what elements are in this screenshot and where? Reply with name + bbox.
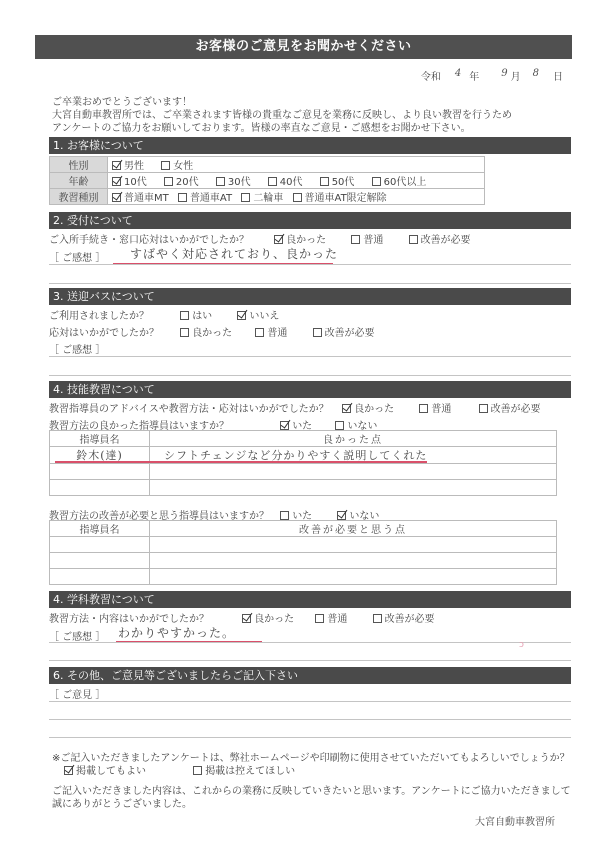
reception-question-row: ご入所手続き・窓口応対はいかがでしたか？ 良かった 普通 改善が必要 [49, 231, 485, 246]
bus-usage-question: ご利用されましたか？ [49, 307, 177, 322]
good-instructor-table: 指導員名 良かった点 鈴木(達) シフトチェンジなど分かりやすく説明してくれた [49, 430, 557, 496]
option-label: 女性 [173, 161, 193, 172]
bus-yes-option[interactable]: はい [180, 307, 212, 322]
gender-female-option[interactable]: 女性 [161, 157, 193, 172]
course-type-label: 教習種別 [50, 189, 108, 205]
age-50s-option[interactable]: 50代 [320, 173, 355, 188]
lecture-good-option[interactable]: 良かった [242, 610, 294, 625]
option-label: 改善が必要 [385, 614, 435, 625]
month-value[interactable]: 9 [501, 68, 507, 83]
age-30s-option[interactable]: 30代 [216, 173, 251, 188]
checkbox-checked-icon[interactable] [280, 421, 289, 430]
option-label: 普通 [267, 328, 287, 339]
lecture-comment-label: ［ ご感想 ］ [49, 628, 105, 643]
day-value[interactable]: 8 [533, 68, 539, 83]
option-label: 良かった [192, 328, 232, 339]
age-20s-option[interactable]: 20代 [164, 173, 199, 188]
thanks-text: ご記入いただきました内容は、これからの業務に反映していきたいと思います。アンケー… [52, 785, 571, 811]
comment-line [49, 701, 571, 702]
instructor-rating-question: 教習指導員のアドバイスや教習方法・応対はいかがでしたか？ [49, 400, 339, 415]
checkbox-icon[interactable] [268, 177, 277, 186]
instructor-improve-option[interactable]: 改善が必要 [479, 400, 541, 415]
bus-usage-question-row: ご利用されましたか？ はい いいえ [49, 307, 293, 322]
bus-service-question: 応対はいかがでしたか？ [49, 324, 177, 339]
instructor-name-cell[interactable] [50, 464, 150, 480]
reception-question: ご入所手続き・窓口応対はいかがでしたか？ [49, 231, 271, 246]
improve-point-cell[interactable] [150, 537, 557, 553]
instructor-name-header: 指導員名 [50, 521, 150, 537]
checkbox-icon[interactable] [178, 193, 187, 202]
table-row [50, 480, 557, 496]
option-label: 40代 [280, 177, 303, 188]
section-5-header: 4. 学科教習について [49, 591, 571, 608]
checkbox-icon[interactable] [373, 614, 382, 623]
checkbox-checked-icon[interactable] [274, 235, 283, 244]
checkbox-icon[interactable] [241, 193, 250, 202]
checkbox-checked-icon[interactable] [112, 177, 121, 186]
age-60s-plus-option[interactable]: 60代以上 [372, 173, 427, 188]
option-label: 掲載してもよい [76, 766, 146, 777]
age-row: 年齢 10代 20代 30代 40代 50代 60代以上 [50, 173, 485, 189]
improve-point-cell[interactable] [150, 569, 557, 585]
age-10s-option[interactable]: 10代 [112, 173, 147, 188]
gender-label: 性別 [50, 157, 108, 173]
option-label: 男性 [124, 161, 144, 172]
course-at-option[interactable]: 普通車AT [178, 189, 232, 204]
consent-deny-option[interactable]: 掲載は控えてほしい [193, 765, 295, 778]
option-label: 普通 [431, 404, 451, 415]
course-at-limit-release-option[interactable]: 普通車AT限定解除 [293, 189, 387, 204]
checkbox-checked-icon[interactable] [237, 311, 246, 320]
gender-options: 男性 女性 [108, 157, 485, 173]
comment-line [49, 375, 571, 376]
good-point-cell[interactable] [150, 464, 557, 480]
instructor-good-option[interactable]: 良かった [342, 400, 394, 415]
gender-male-option[interactable]: 男性 [112, 157, 144, 172]
checkbox-icon[interactable] [193, 766, 202, 775]
option-label: はい [192, 311, 212, 322]
lecture-question: 教習方法・内容はいかがでしたか？ [49, 610, 239, 625]
improve-instructor-table: 指導員名 改善が必要と思う点 [49, 520, 557, 585]
reception-comment-text[interactable]: すばやく対応されており、良かった [130, 245, 338, 262]
reception-normal-option[interactable]: 普通 [351, 231, 383, 246]
checkbox-icon[interactable] [164, 177, 173, 186]
good-point-cell[interactable] [150, 480, 557, 496]
consent-options: 掲載してもよい 掲載は控えてほしい [64, 765, 309, 778]
checkbox-icon[interactable] [372, 177, 381, 186]
customer-info-table: 性別 男性 女性 年齢 10代 20代 30代 40代 50代 60代以上 教習… [49, 156, 485, 205]
consent-allow-option[interactable]: 掲載してもよい [64, 765, 146, 778]
bus-normal-option[interactable]: 普通 [255, 324, 287, 339]
intro-line-3: アンケートのご協力をお願いしております。皆様の率直なご意見・ご感想をお聞かせ下さ… [52, 122, 512, 135]
intro-text: ご卒業おめでとうございます！ 大宮自動車教習所では、ご卒業されます皆様の貴重なご… [52, 96, 512, 135]
comment-line [49, 283, 571, 284]
red-underline [55, 461, 427, 463]
checkbox-icon[interactable] [293, 193, 302, 202]
age-options: 10代 20代 30代 40代 50代 60代以上 [108, 173, 485, 189]
checkbox-icon[interactable] [351, 235, 360, 244]
checkbox-icon[interactable] [335, 421, 344, 430]
bus-service-question-row: 応対はいかがでしたか？ 良かった 普通 改善が必要 [49, 324, 389, 339]
option-label: 普通車AT限定解除 [305, 193, 387, 204]
checkbox-checked-icon[interactable] [242, 614, 251, 623]
instructor-normal-option[interactable]: 普通 [419, 400, 451, 415]
option-label: 20代 [176, 177, 199, 188]
checkbox-icon[interactable] [313, 328, 322, 337]
course-mt-option[interactable]: 普通車MT [112, 189, 169, 204]
section-3-header: 3. 送迎バスについて [49, 288, 571, 305]
improve-point-header: 改善が必要と思う点 [150, 521, 557, 537]
option-label: 改善が必要 [491, 404, 541, 415]
checkbox-icon[interactable] [479, 404, 488, 413]
checkbox-icon[interactable] [315, 614, 324, 623]
checkbox-checked-icon[interactable] [112, 193, 121, 202]
reception-comment-label: ［ ご感想 ］ [49, 249, 105, 264]
lecture-improve-option[interactable]: 改善が必要 [373, 610, 435, 625]
course-type-row: 教習種別 普通車MT 普通車AT 二輪車 普通車AT限定解除 [50, 189, 485, 205]
thanks-line-2: 誠にありがとうございました。 [52, 798, 571, 811]
checkbox-icon[interactable] [320, 177, 329, 186]
option-label: 改善が必要 [421, 235, 471, 246]
checkbox-icon[interactable] [216, 177, 225, 186]
option-label: 普通車AT [190, 193, 232, 204]
day-label: 日 [553, 68, 563, 83]
option-label: 普通車MT [124, 193, 169, 204]
comment-line [49, 737, 571, 738]
bus-comment-label: ［ ご感想 ］ [49, 341, 105, 356]
age-40s-option[interactable]: 40代 [268, 173, 303, 188]
table-row [50, 553, 557, 569]
lecture-comment-text[interactable]: わかりやすかった。 [118, 624, 235, 641]
checkbox-checked-icon[interactable] [64, 766, 73, 775]
year-value[interactable]: 4 [455, 68, 461, 83]
table-row [50, 464, 557, 480]
school-name: 大宮自動車教習所 [475, 813, 555, 828]
section-6-header: 6. その他、ご意見等ございましたらご記入下さい [49, 667, 571, 684]
intro-line-1: ご卒業おめでとうございます！ [52, 96, 512, 109]
good-point-header: 良かった点 [150, 431, 557, 447]
form-title: お客様のご意見をお聞かせください [35, 35, 572, 59]
instructor-name-header: 指導員名 [50, 431, 150, 447]
improve-point-cell[interactable] [150, 553, 557, 569]
thanks-line-1: ご記入いただきました内容は、これからの業務に反映していきたいと思います。アンケー… [52, 785, 571, 798]
instructor-name-cell[interactable] [50, 553, 150, 569]
comment-line [49, 356, 571, 357]
gender-row: 性別 男性 女性 [50, 157, 485, 173]
option-label: 良かった [354, 404, 394, 415]
section-4-header: 4. 技能教習について [49, 381, 571, 398]
reception-improve-option[interactable]: 改善が必要 [409, 231, 471, 246]
other-comment-label: ［ ご意見 ］ [49, 686, 105, 701]
checkbox-icon[interactable] [419, 404, 428, 413]
checkbox-icon[interactable] [280, 511, 289, 520]
option-label: 10代 [124, 177, 147, 188]
checkbox-icon[interactable] [409, 235, 418, 244]
section-1-header: 1. お客様について [49, 137, 571, 154]
bus-good-option[interactable]: 良かった [180, 324, 232, 339]
lecture-normal-option[interactable]: 普通 [315, 610, 347, 625]
comment-line [49, 719, 571, 720]
table-row [50, 537, 557, 553]
course-motorcycle-option[interactable]: 二輪車 [241, 189, 283, 204]
comment-line [49, 642, 571, 643]
checkbox-icon[interactable] [161, 161, 170, 170]
intro-line-2: 大宮自動車教習所では、ご卒業されます皆様の貴重なご意見を業務に反映し、より良い教… [52, 109, 512, 122]
age-label: 年齢 [50, 173, 108, 189]
checkbox-checked-icon[interactable] [112, 161, 121, 170]
table-header-row: 指導員名 改善が必要と思う点 [50, 521, 557, 537]
instructor-name-cell[interactable] [50, 480, 150, 496]
instructor-name-cell[interactable] [50, 537, 150, 553]
instructor-rating-question-row: 教習指導員のアドバイスや教習方法・応対はいかがでしたか？ 良かった 普通 改善が… [49, 400, 555, 415]
lecture-question-row: 教習方法・内容はいかがでしたか？ 良かった 普通 改善が必要 [49, 610, 449, 625]
checkbox-icon[interactable] [180, 311, 189, 320]
instructor-name-cell[interactable] [50, 569, 150, 585]
section-2-header: 2. 受付について [49, 212, 571, 229]
checkbox-checked-icon[interactable] [337, 511, 346, 520]
option-label: 普通 [327, 614, 347, 625]
year-label: 年 [469, 68, 479, 83]
option-label: 二輪車 [253, 193, 283, 204]
bus-no-option[interactable]: いいえ [237, 307, 279, 322]
comment-line [49, 264, 571, 265]
table-header-row: 指導員名 良かった点 [50, 431, 557, 447]
option-label: いいえ [249, 311, 279, 322]
era-label: 令和 [421, 68, 441, 83]
reception-good-option[interactable]: 良かった [274, 231, 326, 246]
stray-mark: ↄ [519, 640, 529, 650]
table-row [50, 569, 557, 585]
month-label: 月 [511, 68, 521, 83]
option-label: 60代以上 [384, 177, 427, 188]
option-label: 30代 [228, 177, 251, 188]
checkbox-icon[interactable] [180, 328, 189, 337]
option-label: 50代 [332, 177, 355, 188]
option-label: 掲載は控えてほしい [205, 766, 295, 777]
date-row: 令和 4 年 9 月 8 日 [421, 68, 563, 83]
bus-improve-option[interactable]: 改善が必要 [313, 324, 375, 339]
comment-line [49, 660, 571, 661]
course-type-options: 普通車MT 普通車AT 二輪車 普通車AT限定解除 [108, 189, 485, 205]
checkbox-icon[interactable] [255, 328, 264, 337]
option-label: 良かった [254, 614, 294, 625]
option-label: 普通 [363, 235, 383, 246]
checkbox-checked-icon[interactable] [342, 404, 351, 413]
option-label: 改善が必要 [325, 328, 375, 339]
consent-question: ※ご記入いただきましたアンケートは、弊社ホームページや印刷物に使用させていただい… [52, 752, 570, 765]
